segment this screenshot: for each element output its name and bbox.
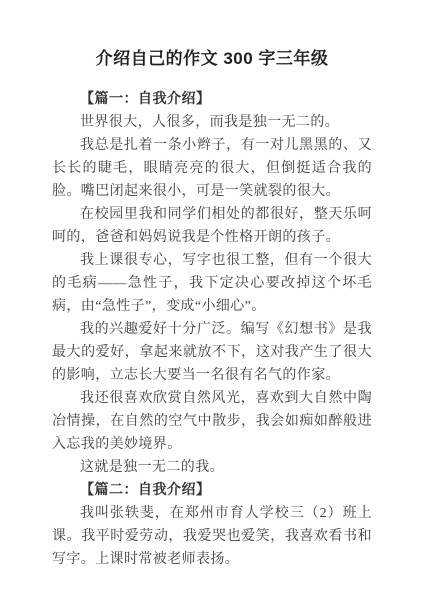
paragraph: 我的兴趣爱好十分广泛。编写《幻想书》是我最大的爱好，拿起来就放不下，这对我产生了… (52, 318, 372, 387)
essay-section-1: 【篇一：自我介绍】 世界很大，人很多，而我是独一无二的。 我总是扎着一条小辫子，… (52, 88, 372, 479)
paragraph: 我总是扎着一条小辫子，有一对儿黑黑的、又长长的睫毛，眼睛亮亮的很大，但倒挺适合我… (52, 134, 372, 203)
paragraph: 我叫张轶斐，在郑州市育人学校三（2）班上课。我平时爱劳动，我爱哭也爱笑，我喜欢看… (52, 502, 372, 571)
essay-section-2: 【篇二：自我介绍】 我叫张轶斐，在郑州市育人学校三（2）班上课。我平时爱劳动，我… (52, 479, 372, 571)
page-title: 介绍自己的作文 300 字三年级 (52, 46, 372, 72)
paragraph: 我还很喜欢欣赏自然风光，喜欢到大自然中陶冶情操，在自然的空气中散步，我会如痴如醉… (52, 387, 372, 456)
paragraph: 这就是独一无二的我。 (52, 456, 372, 479)
paragraph: 世界很大，人很多，而我是独一无二的。 (52, 111, 372, 134)
document-page: 介绍自己的作文 300 字三年级 【篇一：自我介绍】 世界很大，人很多，而我是独… (0, 0, 424, 600)
section-heading: 【篇二：自我介绍】 (52, 479, 372, 502)
paragraph: 我上课很专心，写字也很工整，但有一个很大的毛病——急性子，我下定决心要改掉这个坏… (52, 249, 372, 318)
paragraph: 在校园里我和同学们相处的都很好，整天乐呵呵的，爸爸和妈妈说我是个性格开朗的孩子。 (52, 203, 372, 249)
section-heading: 【篇一：自我介绍】 (52, 88, 372, 111)
